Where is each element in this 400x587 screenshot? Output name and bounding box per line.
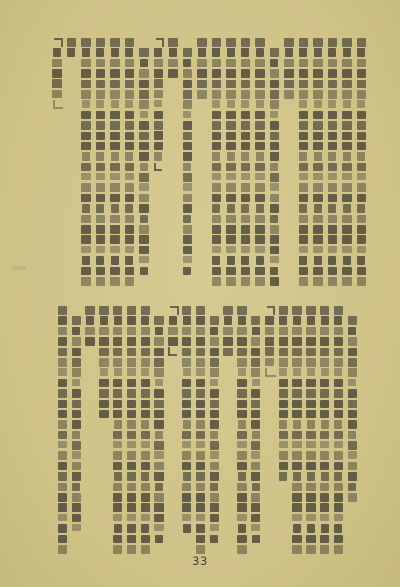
redacted-character-glyph: [99, 306, 109, 315]
redacted-character-glyph: [348, 348, 358, 357]
redacted-character-glyph: [226, 132, 236, 141]
redacted-character-glyph: [256, 256, 264, 265]
redacted-character-glyph: [141, 358, 151, 367]
redacted-character-glyph: [67, 38, 77, 47]
redacted-character-glyph: [72, 472, 82, 481]
redacted-character-glyph: [212, 246, 222, 253]
redacted-character-glyph: [96, 100, 104, 107]
text-column: [223, 306, 233, 358]
redacted-character-glyph: [357, 246, 367, 253]
redacted-character-glyph: [81, 121, 91, 130]
redacted-character-glyph: [196, 535, 206, 544]
redacted-character-glyph: [237, 483, 247, 492]
text-column: [328, 38, 338, 287]
redacted-character-glyph: [251, 358, 261, 367]
redacted-character-glyph: [113, 545, 123, 554]
redacted-character-glyph: [113, 337, 123, 346]
redacted-character-glyph: [270, 173, 280, 182]
text-column: [196, 306, 206, 555]
redacted-character-glyph: [168, 327, 178, 336]
redacted-character-glyph: [196, 400, 206, 409]
redacted-character-glyph: [256, 48, 264, 57]
redacted-character-glyph: [357, 204, 365, 213]
redacted-character-glyph: [299, 142, 309, 151]
redacted-character-glyph: [139, 142, 149, 151]
redacted-character-glyph: [284, 69, 294, 78]
redacted-character-glyph: [139, 235, 149, 244]
redacted-character-glyph: [299, 256, 307, 265]
redacted-character-glyph: [113, 389, 123, 398]
redacted-character-glyph: [139, 90, 149, 99]
redacted-character-glyph: [255, 277, 265, 286]
redacted-character-glyph: [328, 235, 338, 244]
redacted-character-glyph: [270, 225, 280, 234]
redacted-character-glyph: [96, 173, 106, 180]
redacted-character-glyph: [212, 152, 220, 161]
redacted-character-glyph: [53, 48, 61, 57]
redacted-character-glyph: [241, 38, 251, 47]
redacted-character-glyph: [154, 90, 164, 99]
redacted-character-glyph: [334, 451, 344, 460]
redacted-character-glyph: [321, 472, 329, 481]
redacted-character-glyph: [255, 225, 265, 234]
redacted-character-glyph: [321, 368, 329, 375]
redacted-character-glyph: [226, 235, 236, 244]
redacted-character-glyph: [227, 152, 235, 161]
redacted-character-glyph: [237, 379, 247, 388]
redacted-character-glyph: [127, 410, 137, 419]
redacted-character-glyph: [334, 327, 344, 336]
text-column: [81, 38, 91, 287]
redacted-character-glyph: [292, 431, 302, 440]
redacted-character-glyph: [196, 524, 204, 533]
redacted-character-glyph: [226, 225, 236, 234]
redacted-character-glyph: [320, 400, 330, 409]
redacted-character-glyph: [183, 121, 193, 130]
redacted-character-glyph: [328, 173, 338, 180]
redacted-character-glyph: [111, 204, 119, 213]
text-column: [313, 38, 323, 287]
redacted-character-glyph: [125, 267, 135, 276]
redacted-character-glyph: [100, 316, 108, 325]
redacted-character-glyph: [334, 400, 344, 409]
redacted-character-glyph: [154, 472, 164, 481]
redacted-character-glyph: [72, 348, 82, 357]
redacted-character-glyph: [96, 152, 104, 161]
redacted-character-glyph: [139, 48, 149, 57]
redacted-character-glyph: [223, 306, 233, 315]
redacted-character-glyph: [72, 400, 82, 409]
redacted-character-glyph: [210, 379, 218, 386]
redacted-character-glyph: [299, 121, 309, 130]
redacted-character-glyph: [154, 368, 164, 377]
redacted-character-glyph: [306, 379, 316, 388]
redacted-character-glyph: [125, 111, 135, 120]
redacted-character-glyph: [314, 152, 322, 161]
redacted-character-glyph: [154, 100, 162, 107]
redacted-character-glyph: [357, 132, 367, 141]
redacted-character-glyph: [321, 316, 329, 325]
redacted-character-glyph: [348, 483, 356, 492]
redacted-character-glyph: [141, 420, 149, 429]
redacted-character-glyph: [292, 400, 302, 409]
redacted-character-glyph: [321, 420, 329, 429]
redacted-character-glyph: [182, 514, 192, 521]
redacted-character-glyph: [81, 194, 91, 203]
text-column: [255, 38, 265, 287]
redacted-character-glyph: [357, 38, 367, 47]
text-column: [141, 306, 151, 555]
redacted-character-glyph: [284, 38, 294, 47]
redacted-character-glyph: [113, 493, 123, 502]
redacted-character-glyph: [58, 420, 66, 429]
redacted-character-glyph: [81, 80, 91, 89]
redacted-character-glyph: [328, 267, 338, 276]
redacted-character-glyph: [141, 472, 149, 481]
redacted-character-glyph: [306, 441, 316, 448]
redacted-character-glyph: [270, 111, 278, 118]
redacted-character-glyph: [251, 441, 261, 450]
redacted-character-glyph: [139, 152, 149, 161]
text-column: [197, 38, 207, 100]
redacted-character-glyph: [197, 90, 207, 99]
redacted-character-glyph: [52, 69, 62, 78]
redacted-character-glyph: [265, 358, 275, 367]
redacted-character-glyph: [357, 235, 367, 244]
redacted-character-glyph: [183, 472, 191, 481]
redacted-character-glyph: [293, 524, 301, 533]
redacted-character-glyph: [313, 183, 323, 192]
quote-bracket-glyph: [168, 347, 177, 356]
redacted-character-glyph: [141, 514, 151, 521]
redacted-character-glyph: [357, 111, 367, 120]
redacted-character-glyph: [314, 48, 322, 57]
redacted-character-glyph: [196, 306, 206, 315]
text-column: [342, 38, 352, 287]
redacted-character-glyph: [293, 368, 301, 375]
redacted-character-glyph: [348, 462, 358, 471]
redacted-character-glyph: [100, 368, 108, 375]
redacted-character-glyph: [113, 358, 123, 367]
redacted-character-glyph: [357, 48, 365, 57]
redacted-character-glyph: [292, 306, 302, 315]
redacted-character-glyph: [81, 235, 91, 244]
redacted-character-glyph: [328, 246, 338, 253]
redacted-character-glyph: [237, 535, 247, 544]
redacted-character-glyph: [85, 327, 95, 336]
text-column: [168, 306, 178, 358]
redacted-character-glyph: [155, 327, 163, 336]
redacted-character-glyph: [334, 472, 342, 481]
redacted-character-glyph: [251, 348, 261, 357]
redacted-character-glyph: [154, 389, 164, 398]
redacted-character-glyph: [99, 327, 109, 336]
redacted-character-glyph: [141, 306, 151, 315]
redacted-character-glyph: [292, 337, 302, 346]
redacted-character-glyph: [292, 493, 302, 502]
redacted-character-glyph: [328, 38, 338, 47]
redacted-character-glyph: [270, 69, 280, 78]
redacted-character-glyph: [196, 431, 206, 440]
redacted-character-glyph: [72, 368, 82, 377]
redacted-character-glyph: [270, 246, 280, 255]
redacted-character-glyph: [155, 379, 163, 386]
redacted-character-glyph: [96, 48, 104, 57]
redacted-character-glyph: [299, 163, 309, 172]
redacted-character-glyph: [154, 152, 162, 161]
text-column: [299, 38, 309, 287]
redacted-character-glyph: [284, 59, 294, 68]
redacted-character-glyph: [348, 358, 358, 367]
redacted-character-glyph: [58, 389, 68, 398]
redacted-character-glyph: [140, 111, 148, 118]
redacted-character-glyph: [299, 132, 309, 141]
redacted-character-glyph: [237, 503, 247, 512]
redacted-character-glyph: [256, 152, 264, 161]
redacted-character-glyph: [313, 225, 323, 234]
redacted-character-glyph: [334, 337, 344, 346]
redacted-character-glyph: [183, 267, 191, 276]
redacted-character-glyph: [241, 235, 251, 244]
redacted-character-glyph: [72, 524, 82, 531]
redacted-character-glyph: [113, 379, 123, 388]
redacted-character-glyph: [58, 327, 68, 336]
redacted-character-glyph: [96, 38, 106, 47]
redacted-character-glyph: [292, 514, 302, 521]
redacted-character-glyph: [334, 379, 344, 388]
redacted-character-glyph: [237, 431, 247, 440]
redacted-character-glyph: [182, 483, 192, 492]
redacted-character-glyph: [320, 410, 330, 419]
redacted-character-glyph: [241, 173, 251, 180]
redacted-character-glyph: [357, 90, 367, 99]
redacted-character-glyph: [342, 121, 352, 130]
redacted-character-glyph: [113, 400, 123, 409]
redacted-character-glyph: [86, 316, 94, 325]
redacted-character-glyph: [82, 100, 90, 107]
text-column: [168, 38, 178, 80]
redacted-character-glyph: [182, 358, 192, 367]
redacted-character-glyph: [357, 225, 367, 234]
redacted-character-glyph: [292, 503, 302, 512]
redacted-character-glyph: [293, 420, 301, 429]
redacted-character-glyph: [58, 400, 68, 409]
redacted-character-glyph: [357, 256, 365, 265]
redacted-character-glyph: [210, 420, 220, 429]
redacted-character-glyph: [210, 348, 220, 357]
redacted-character-glyph: [279, 306, 289, 315]
redacted-character-glyph: [125, 215, 135, 224]
redacted-character-glyph: [252, 327, 260, 336]
redacted-character-glyph: [251, 316, 261, 325]
redacted-character-glyph: [58, 348, 68, 357]
redacted-character-glyph: [343, 256, 351, 265]
redacted-character-glyph: [127, 327, 137, 336]
redacted-character-glyph: [226, 59, 236, 68]
redacted-character-glyph: [113, 503, 123, 512]
redacted-character-glyph: [256, 100, 264, 107]
redacted-character-glyph: [210, 337, 220, 346]
redacted-character-glyph: [342, 225, 352, 234]
redacted-character-glyph: [197, 38, 207, 47]
redacted-character-glyph: [334, 410, 344, 419]
redacted-character-glyph: [154, 493, 164, 502]
redacted-character-glyph: [183, 163, 191, 172]
redacted-character-glyph: [96, 267, 106, 276]
redacted-character-glyph: [125, 235, 135, 244]
redacted-character-glyph: [255, 90, 265, 99]
redacted-character-glyph: [96, 204, 104, 213]
redacted-character-glyph: [238, 524, 246, 533]
redacted-character-glyph: [58, 493, 68, 502]
redacted-character-glyph: [299, 194, 309, 203]
redacted-character-glyph: [96, 163, 106, 172]
redacted-character-glyph: [237, 462, 247, 471]
redacted-character-glyph: [141, 483, 151, 492]
redacted-character-glyph: [255, 111, 265, 120]
redacted-character-glyph: [293, 472, 301, 481]
redacted-character-glyph: [313, 194, 323, 203]
redacted-character-glyph: [270, 204, 280, 213]
redacted-character-glyph: [154, 79, 164, 88]
redacted-character-glyph: [139, 225, 149, 234]
redacted-character-glyph: [348, 400, 358, 409]
redacted-character-glyph: [196, 441, 206, 448]
redacted-character-glyph: [320, 358, 330, 367]
redacted-character-glyph: [82, 204, 90, 213]
redacted-character-glyph: [99, 400, 109, 409]
redacted-character-glyph: [113, 462, 123, 471]
redacted-character-glyph: [154, 111, 164, 120]
redacted-character-glyph: [328, 152, 336, 161]
redacted-character-glyph: [357, 277, 367, 286]
redacted-character-glyph: [342, 235, 352, 244]
redacted-character-glyph: [313, 142, 323, 151]
redacted-character-glyph: [111, 100, 119, 107]
redacted-character-glyph: [72, 431, 80, 440]
redacted-character-glyph: [127, 337, 137, 346]
redacted-character-glyph: [113, 327, 123, 336]
quote-bracket-glyph: [156, 38, 165, 47]
redacted-character-glyph: [127, 306, 137, 315]
redacted-character-glyph: [141, 327, 151, 336]
redacted-character-glyph: [320, 483, 330, 492]
redacted-character-glyph: [299, 277, 309, 286]
redacted-character-glyph: [270, 215, 278, 224]
redacted-character-glyph: [251, 400, 261, 409]
quote-bracket-glyph: [170, 306, 179, 315]
redacted-character-glyph: [237, 306, 247, 315]
redacted-character-glyph: [212, 183, 222, 192]
redacted-character-glyph: [328, 163, 338, 172]
redacted-character-glyph: [85, 337, 95, 346]
redacted-character-glyph: [320, 327, 330, 336]
redacted-character-glyph: [127, 441, 137, 448]
redacted-character-glyph: [348, 420, 358, 429]
redacted-character-glyph: [114, 316, 122, 325]
scan-smudge: [12, 266, 26, 270]
redacted-character-glyph: [110, 142, 120, 151]
redacted-character-glyph: [314, 256, 322, 265]
redacted-character-glyph: [299, 48, 307, 57]
redacted-character-glyph: [125, 132, 135, 141]
redacted-character-glyph: [270, 132, 280, 141]
text-column: [320, 306, 330, 555]
redacted-character-glyph: [299, 80, 309, 89]
text-column: [348, 306, 358, 503]
redacted-character-glyph: [183, 316, 191, 325]
redacted-character-glyph: [196, 389, 206, 398]
redacted-character-glyph: [183, 90, 193, 99]
redacted-character-glyph: [96, 59, 106, 68]
redacted-character-glyph: [127, 431, 137, 440]
redacted-character-glyph: [183, 48, 193, 57]
redacted-character-glyph: [96, 132, 106, 141]
redacted-character-glyph: [334, 306, 344, 315]
redacted-character-glyph: [182, 431, 192, 440]
redacted-character-glyph: [196, 348, 206, 357]
redacted-character-glyph: [110, 132, 120, 141]
redacted-character-glyph: [82, 256, 90, 265]
redacted-character-glyph: [227, 48, 235, 57]
redacted-character-glyph: [212, 163, 222, 172]
redacted-character-glyph: [154, 337, 164, 346]
redacted-character-glyph: [196, 337, 206, 346]
redacted-character-glyph: [342, 59, 352, 68]
redacted-character-glyph: [255, 163, 265, 172]
redacted-character-glyph: [252, 483, 260, 492]
redacted-character-glyph: [334, 493, 344, 502]
redacted-character-glyph: [313, 277, 323, 286]
redacted-character-glyph: [72, 451, 82, 458]
redacted-character-glyph: [279, 441, 289, 448]
redacted-character-glyph: [183, 235, 193, 244]
redacted-character-glyph: [299, 69, 309, 78]
text-column: [292, 306, 302, 555]
redacted-character-glyph: [196, 358, 206, 367]
redacted-character-glyph: [169, 48, 177, 57]
redacted-character-glyph: [141, 545, 151, 554]
redacted-character-glyph: [182, 441, 192, 448]
redacted-character-glyph: [270, 142, 280, 151]
redacted-character-glyph: [111, 48, 119, 57]
redacted-character-glyph: [113, 431, 123, 440]
redacted-character-glyph: [196, 316, 204, 325]
redacted-character-glyph: [320, 389, 330, 398]
redacted-character-glyph: [256, 204, 264, 213]
redacted-character-glyph: [125, 183, 135, 192]
redacted-character-glyph: [58, 451, 68, 460]
redacted-character-glyph: [197, 59, 207, 68]
redacted-character-glyph: [99, 348, 109, 357]
redacted-character-glyph: [114, 420, 122, 429]
redacted-character-glyph: [342, 173, 352, 180]
redacted-character-glyph: [139, 173, 149, 182]
redacted-character-glyph: [342, 132, 352, 141]
redacted-character-glyph: [251, 420, 261, 429]
redacted-character-glyph: [210, 503, 220, 512]
redacted-character-glyph: [81, 59, 91, 68]
redacted-character-glyph: [183, 100, 193, 109]
redacted-character-glyph: [320, 431, 330, 440]
redacted-character-glyph: [320, 493, 330, 502]
redacted-character-glyph: [210, 483, 218, 492]
redacted-character-glyph: [320, 535, 330, 544]
redacted-character-glyph: [292, 545, 302, 554]
redacted-character-glyph: [210, 400, 220, 409]
redacted-character-glyph: [299, 204, 307, 213]
redacted-character-glyph: [168, 337, 178, 346]
